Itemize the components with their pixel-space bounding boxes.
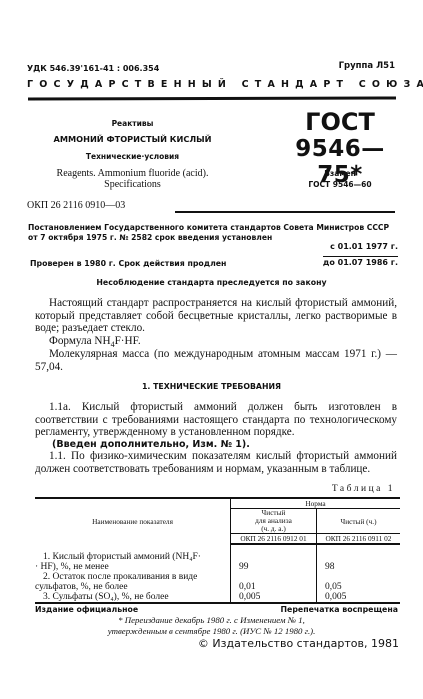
row-name-line1: 1. Кислый фтористый аммоний (NH₄F· bbox=[35, 552, 226, 562]
english-title-line1: Reagents. Ammonium fluoride (acid). bbox=[0, 168, 265, 179]
date-from: с 01.01 1977 г. bbox=[330, 242, 398, 251]
official-edition: Издание официальное bbox=[35, 605, 138, 614]
clause-1-1: 1.1. По физико-химическим показателям ки… bbox=[35, 450, 397, 475]
formula-label: Формула bbox=[49, 335, 92, 347]
replaces-block: Взамен ГОСТ 9546—60 bbox=[290, 168, 390, 190]
replaces-value: ГОСТ 9546—60 bbox=[290, 179, 390, 190]
clause-1-1a-text: 1.1а. Кислый фтористый аммоний должен бы… bbox=[35, 401, 397, 438]
header-col-pure-analysis: Чистый для анализа (ч. д. а.) bbox=[231, 509, 317, 534]
row-value-a: 99 bbox=[231, 544, 317, 572]
english-title-line2: Specifications bbox=[0, 179, 265, 190]
table-row: 2. Остаток после прокаливания в виде сул… bbox=[35, 572, 400, 592]
section-title: 1. ТЕХНИЧЕСКИЕ ТРЕБОВАНИЯ bbox=[0, 382, 423, 391]
row-name-line2: · HF), %, не менее bbox=[35, 562, 226, 572]
row-name-line1: 2. Остаток после прокаливания в виде bbox=[35, 572, 226, 582]
formula-tail: F·HF. bbox=[115, 335, 141, 347]
subtitle: Технические·условия bbox=[0, 152, 265, 161]
gost-label: ГОСТ bbox=[285, 108, 395, 136]
category-label: Реактивы bbox=[0, 119, 265, 128]
row-name: 1. Кислый фтористый аммоний (NH₄F· · HF)… bbox=[35, 544, 231, 572]
header-rule bbox=[28, 97, 396, 101]
replaces-label: Взамен bbox=[290, 168, 390, 179]
table-row: 1. Кислый фтористый аммоний (NH₄F· · HF)… bbox=[35, 544, 400, 572]
molar-mass-text: Молекулярная масса (по международным ато… bbox=[35, 348, 397, 373]
product-title: АММОНИЙ ФТОРИСТЫЙ КИСЛЫЙ bbox=[0, 134, 265, 144]
title-rule bbox=[175, 211, 395, 213]
state-standard-title: ГОСУДАРСТВЕННЫЙ СТАНДАРТ СОЮЗА ССР bbox=[27, 79, 397, 90]
header-indicator-name: Наименование показателя bbox=[35, 498, 231, 544]
formula-main: NH bbox=[94, 335, 110, 347]
col-a-line3: (ч. д. а.) bbox=[231, 525, 316, 533]
reissue-line2: утвержденным в сентябре 1980 г. (ИУС № 1… bbox=[0, 626, 423, 637]
okp-col-a: ОКП 26 2116 0912 01 bbox=[231, 534, 317, 545]
table-row: 3. Сульфаты (SO₄), %, не более 0,005 0,0… bbox=[35, 592, 400, 603]
reprint-notice: Перепечатка воспрещена bbox=[281, 605, 398, 614]
amendment-note: (Введен дополнительно, Изм. № 1). bbox=[52, 439, 250, 450]
okp-col-b: ОКП 26 2116 0911 02 bbox=[317, 534, 401, 545]
row-name-line2: сульфатов, %, не более bbox=[35, 582, 226, 592]
header-norm: Норма bbox=[231, 498, 401, 509]
row-value-b: 0,005 bbox=[317, 592, 401, 603]
header-col-pure: Чистый (ч.) bbox=[317, 509, 401, 534]
english-title: Reagents. Ammonium fluoride (acid). Spec… bbox=[0, 168, 265, 190]
table-label: Таблица 1 bbox=[332, 484, 395, 494]
publisher: © Издательство стандартов, 1981 bbox=[198, 637, 399, 650]
row-value-a: 0,005 bbox=[231, 592, 317, 603]
law-notice: Несоблюдение стандарта преследуется по з… bbox=[0, 278, 423, 287]
row-value-b: 98 bbox=[317, 544, 401, 572]
row-value-b: 0,05 bbox=[317, 572, 401, 592]
requirements-table: Наименование показателя Норма Чистый для… bbox=[35, 497, 400, 604]
clause-1-1a: 1.1а. Кислый фтористый аммоний должен бы… bbox=[35, 401, 397, 439]
molar-mass: Молекулярная масса (по международным ато… bbox=[35, 348, 397, 373]
udk-code: УДК 546.39'161-41 : 006.354 bbox=[27, 64, 159, 73]
row-name: 2. Остаток после прокаливания в виде сул… bbox=[35, 572, 231, 592]
reissue-line1: * Переиздание декабрь 1980 г. с Изменени… bbox=[0, 615, 423, 626]
row-value-a: 0,01 bbox=[231, 572, 317, 592]
date-to: до 01.07 1986 г. bbox=[323, 256, 398, 267]
reissue-note: * Переиздание декабрь 1980 г. с Изменени… bbox=[0, 615, 423, 637]
clause-1-1-text: 1.1. По физико-химическим показателям ки… bbox=[35, 450, 397, 475]
okp-code: ОКП 26 2116 0910—03 bbox=[27, 200, 125, 211]
row-name: 3. Сульфаты (SO₄), %, не более bbox=[35, 592, 231, 603]
intro-paragraph: Настоящий стандарт распространяется на к… bbox=[35, 297, 397, 335]
decree-text: Постановлением Государственного комитета… bbox=[28, 223, 398, 243]
intro-text: Настоящий стандарт распространяется на к… bbox=[35, 297, 397, 334]
group-code: Группа Л51 bbox=[339, 61, 395, 71]
checked-text: Проверен в 1980 г. Срок действия продлен bbox=[30, 259, 226, 268]
